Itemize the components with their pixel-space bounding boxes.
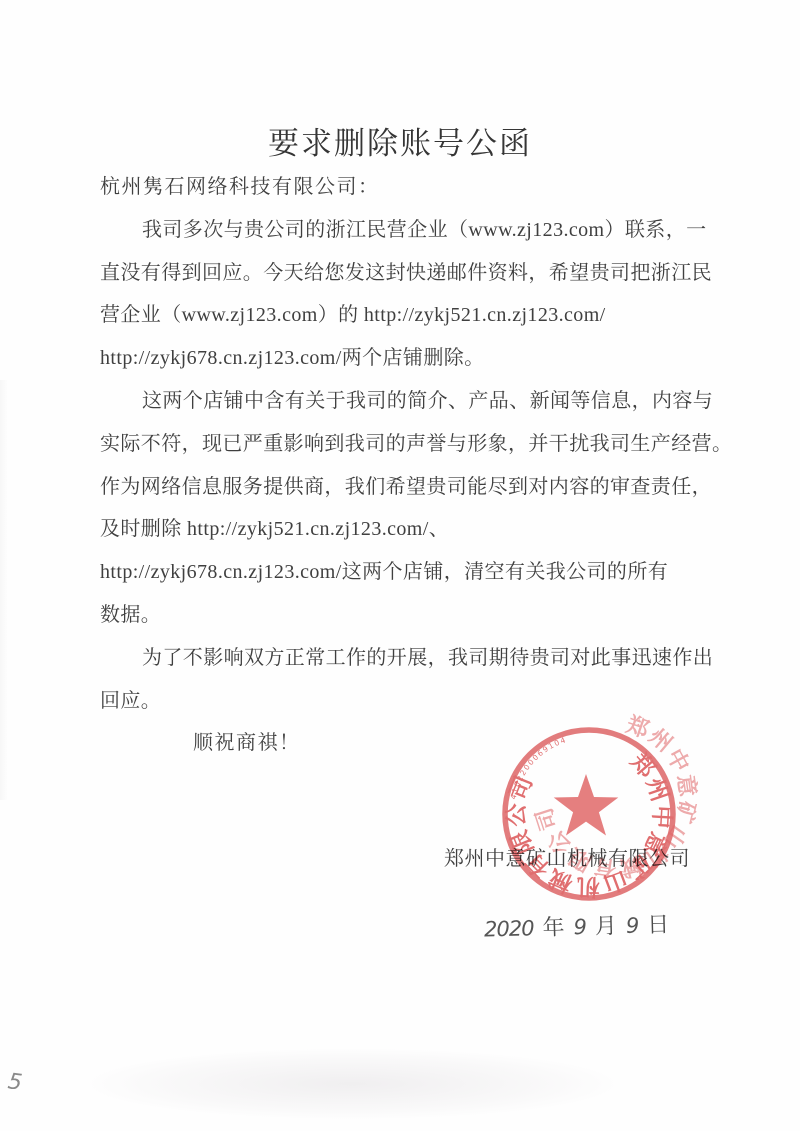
handwritten-date: 2020年9月9日	[484, 907, 679, 943]
paragraph-line: 直没有得到回应。今天给您发这封快递邮件资料，希望贵司把浙江民	[100, 252, 715, 295]
closing-salute: 顺祝商祺！	[100, 722, 715, 765]
scan-smudge	[0, 380, 8, 800]
salutation: 杭州隽石网络科技有限公司：	[100, 166, 715, 209]
paragraph-line: 数据。	[100, 594, 715, 637]
date-day: 9	[626, 914, 639, 938]
paragraph-line: 回应。	[100, 680, 715, 723]
date-year-label: 年	[542, 915, 565, 941]
scanned-letter-page: 要求删除账号公函 杭州隽石网络科技有限公司： 我司多次与贵公司的浙江民营企业（w…	[0, 0, 800, 1131]
paragraph-line: 作为网络信息服务提供商，我们希望贵司能尽到对内容的审查责任，	[100, 466, 715, 509]
paragraph-line: http://zykj678.cn.zj123.com/这两个店铺，清空有关我公…	[100, 551, 715, 594]
paragraph-line: http://zykj678.cn.zj123.com/两个店铺删除。	[100, 337, 715, 380]
letter-body: 杭州隽石网络科技有限公司： 我司多次与贵公司的浙江民营企业（www.zj123.…	[100, 166, 715, 765]
letter-title: 要求删除账号公函	[0, 118, 800, 163]
paragraph-line: 我司多次与贵公司的浙江民营企业（www.zj123.com）联系，一	[100, 209, 715, 252]
date-month: 9	[573, 915, 586, 939]
paragraph-line: 实际不符，现已严重影响到我司的声誉与形象，并干扰我司生产经营。	[100, 423, 715, 466]
paragraph-line: 这两个店铺中含有关于我司的简介、产品、新闻等信息，内容与	[100, 380, 715, 423]
scan-smudge	[0, 1048, 800, 1128]
paragraph-line: 及时删除 http://zykj521.cn.zj123.com/、	[100, 508, 715, 551]
paragraph-line: 营企业（www.zj123.com）的 http://zykj521.cn.zj…	[100, 294, 715, 337]
date-month-label: 月	[595, 914, 618, 940]
paragraph-line: 为了不影响双方正常工作的开展，我司期待贵司对此事迅速作出	[100, 637, 715, 680]
handwritten-corner-mark: 5	[6, 1069, 23, 1096]
date-day-label: 日	[647, 913, 670, 939]
signature-company-name: 郑州中意矿山机械有限公司	[444, 842, 690, 871]
seal-star-icon	[554, 774, 619, 836]
date-year: 2020	[484, 916, 534, 941]
